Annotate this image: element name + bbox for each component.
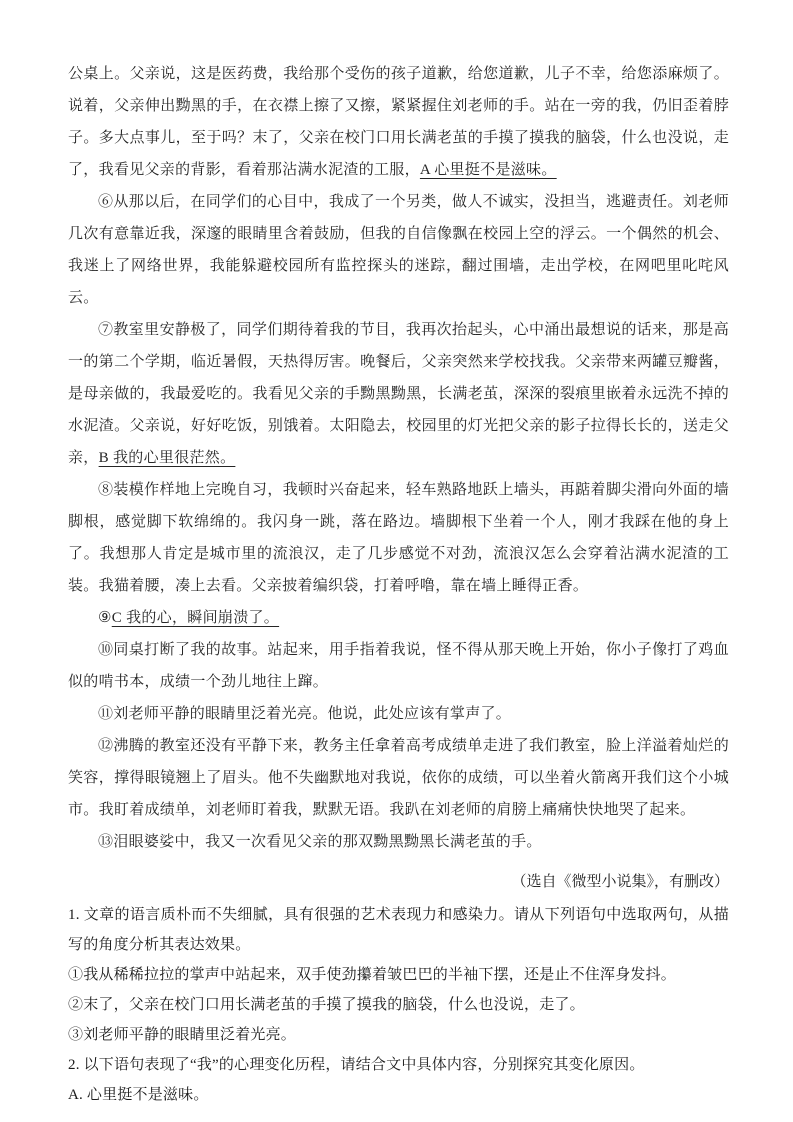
article-text: ⑩同桌打断了我的故事。站起来，用手指着我说，怪不得从那天晚上开始，你小子像打了鸡… <box>68 642 729 690</box>
article-paragraph-12: ⑫沸腾的教室还没有平静下来，教务主任拿着高考成绩单走进了我们教室，脸上洋溢着灿烂… <box>68 730 729 826</box>
article-paragraph-11: ⑪刘老师平静的眼睛里泛着光亮。他说，此处应该有掌声了。 <box>68 698 729 730</box>
article-paragraph-continuation: 公桌上。父亲说，这是医药费，我给那个受伤的孩子道歉，给您道歉，儿子不幸，给您添麻… <box>68 58 729 186</box>
article-text: ⑪刘老师平静的眼睛里泛着光亮。他说，此处应该有掌声了。 <box>98 706 511 722</box>
article-text: ⑨ <box>98 610 112 626</box>
underlined-phrase-a: A 心里挺不是滋味。 <box>420 162 557 178</box>
article-paragraph-7: ⑦教室里安静极了，同学们期待着我的节目，我再次抬起头，心中涌出最想说的话来，那是… <box>68 314 729 474</box>
article-text: 公桌上。父亲说，这是医药费，我给那个受伤的孩子道歉，给您道歉，儿子不幸，给您添麻… <box>68 66 729 178</box>
exam-page: 公桌上。父亲说，这是医药费，我给那个受伤的孩子道歉，给您道歉，儿子不幸，给您添麻… <box>0 0 793 1122</box>
article-text: ⑥从那以后，在同学们的心目中，我成了一个另类，做人不诚实，没担当，逃避责任。刘老… <box>68 194 729 306</box>
article-paragraph-6: ⑥从那以后，在同学们的心目中，我成了一个另类，做人不诚实，没担当，逃避责任。刘老… <box>68 186 729 314</box>
article-paragraph-10: ⑩同桌打断了我的故事。站起来，用手指着我说，怪不得从那天晚上开始，你小子像打了鸡… <box>68 634 729 698</box>
article-text: ⑫沸腾的教室还没有平静下来，教务主任拿着高考成绩单走进了我们教室，脸上洋溢着灿烂… <box>68 738 729 818</box>
question-1-sentence-1: ①我从稀稀拉拉的掌声中站起来，双手使劲攥着皱巴巴的半袖下摆，还是止不住浑身发抖。 <box>68 960 729 990</box>
article-text: ⑬泪眼婆娑中，我又一次看见父亲的那双黝黑黝黑长满老茧的手。 <box>98 834 542 850</box>
article-paragraph-9: ⑨C 我的心，瞬间崩溃了。 <box>68 602 729 634</box>
question-1: 1. 文章的语言质朴而不失细腻，具有很强的艺术表现力和感染力。请从下列语句中选取… <box>68 900 729 960</box>
article-text: ⑦教室里安静极了，同学们期待着我的节目，我再次抬起头，心中涌出最想说的话来，那是… <box>68 322 729 466</box>
underlined-phrase-b: B 我的心里很茫然。 <box>99 450 236 466</box>
question-1-sentence-3: ③刘老师平静的眼睛里泛着光亮。 <box>68 1020 729 1050</box>
article-section: 公桌上。父亲说，这是医药费，我给那个受伤的孩子道歉，给您道歉，儿子不幸，给您添麻… <box>68 58 729 858</box>
question-2-item-a: A. 心里挺不是滋味。 <box>68 1080 729 1110</box>
article-text: ⑧装模作样地上完晚自习，我顿时兴奋起来，轻车熟路地跃上墙头，再踮着脚尖滑向外面的… <box>68 482 729 594</box>
source-attribution: （选自《微型小说集》，有删改） <box>68 866 729 898</box>
questions-section: 1. 文章的语言质朴而不失细腻，具有很强的艺术表现力和感染力。请从下列语句中选取… <box>68 900 729 1110</box>
question-1-sentence-2: ②末了，父亲在校门口用长满老茧的手摸了摸我的脑袋，什么也没说，走了。 <box>68 990 729 1020</box>
question-2: 2. 以下语句表现了“我”的心理变化历程，请结合文中具体内容，分别探究其变化原因… <box>68 1050 729 1080</box>
article-paragraph-13: ⑬泪眼婆娑中，我又一次看见父亲的那双黝黑黝黑长满老茧的手。 <box>68 826 729 858</box>
underlined-phrase-c: C 我的心，瞬间崩溃了。 <box>112 610 279 626</box>
article-paragraph-8: ⑧装模作样地上完晚自习，我顿时兴奋起来，轻车熟路地跃上墙头，再踮着脚尖滑向外面的… <box>68 474 729 602</box>
